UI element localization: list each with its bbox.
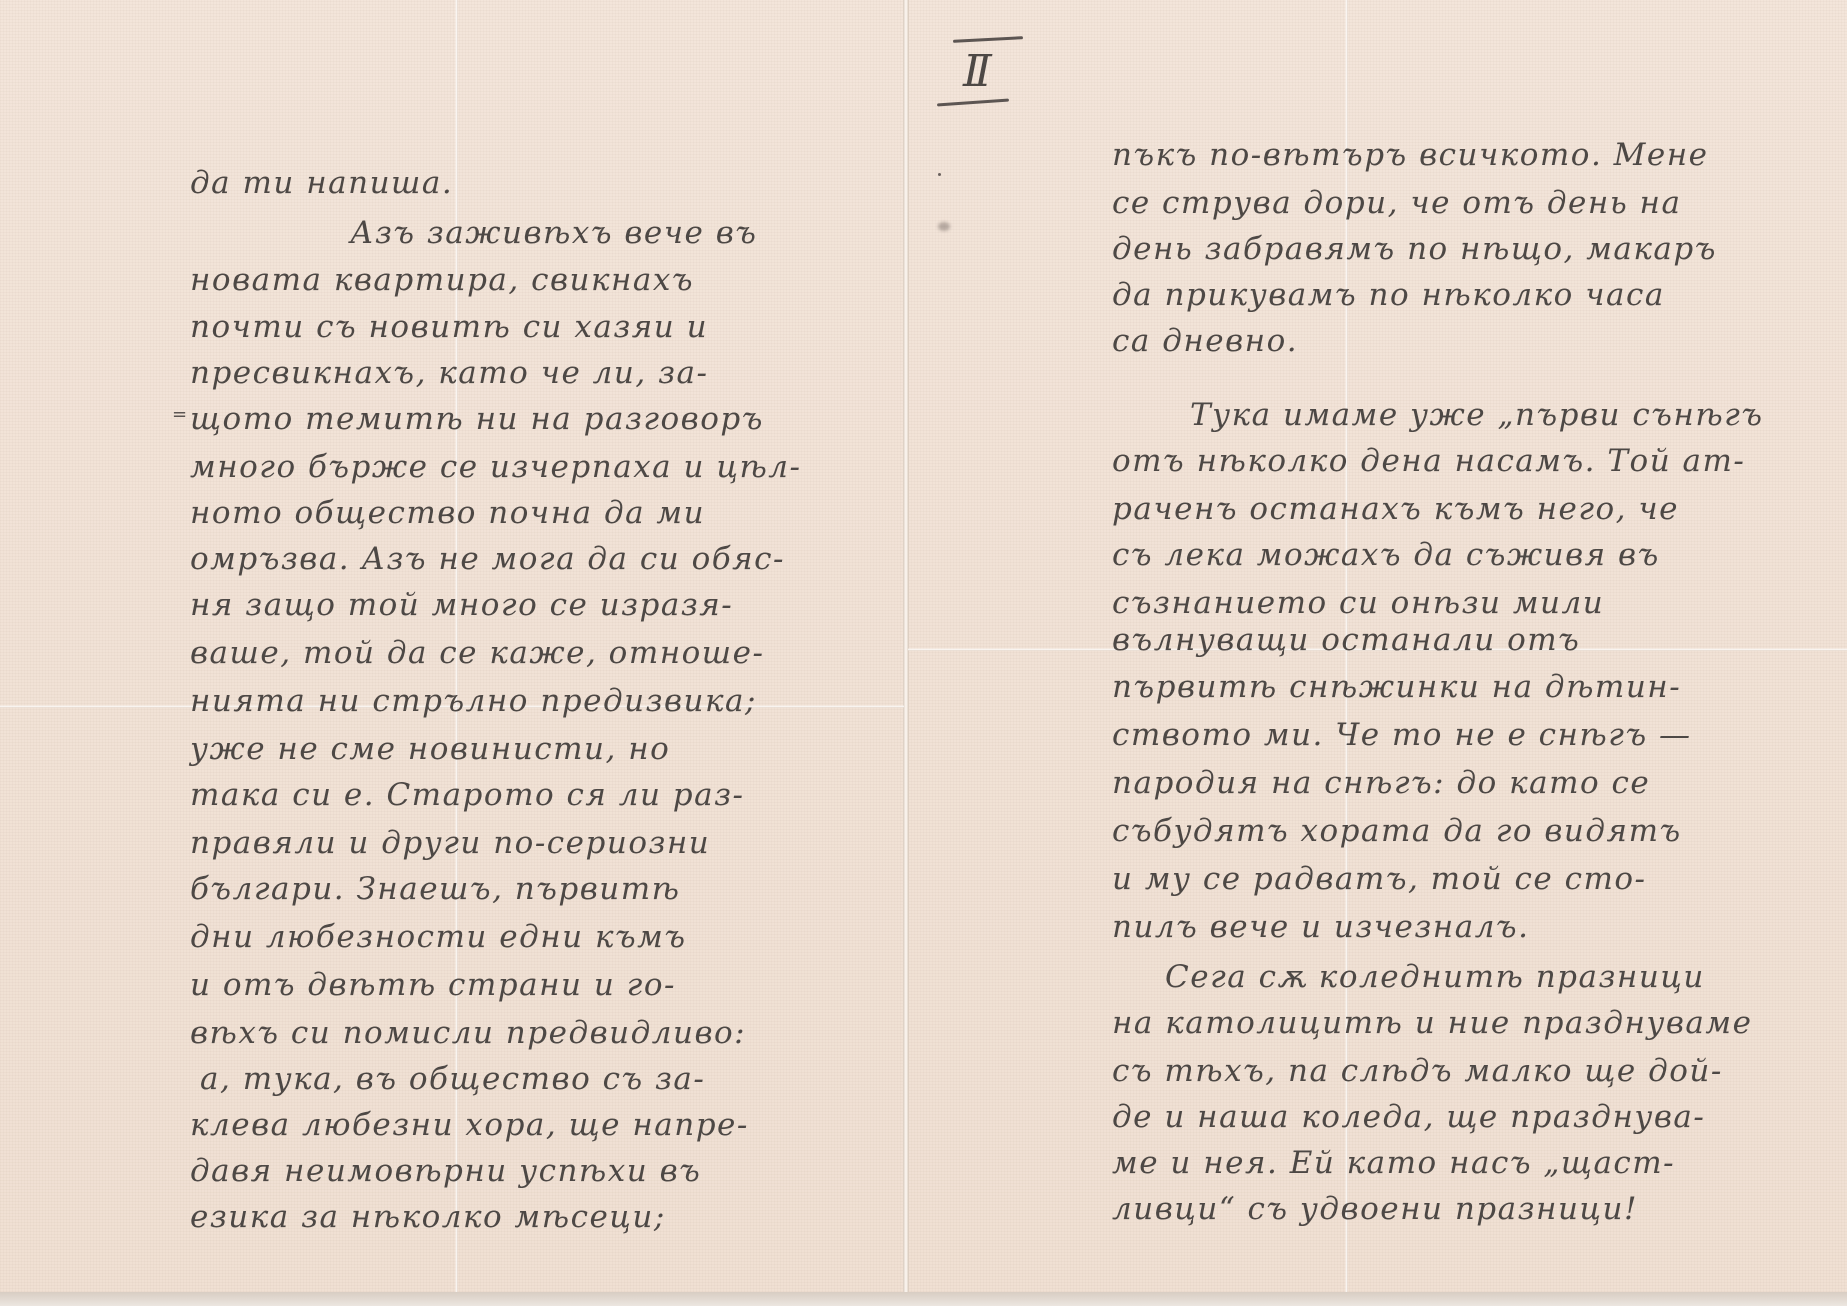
handwritten-line: пресвикнахъ, като че ли, за- xyxy=(190,358,708,389)
page-number-overline xyxy=(953,36,1023,43)
ink-dot xyxy=(938,173,941,176)
handwritten-line: клева любезни хора, ще напре- xyxy=(190,1110,749,1141)
handwritten-line: българи. Знаешъ, първитѣ xyxy=(190,874,681,905)
handwritten-line: на католицитѣ и ние празднуваме xyxy=(1112,1008,1752,1039)
handwritten-line: се струва дори, че отъ день на xyxy=(1112,188,1681,219)
handwritten-line: съ тѣхъ, па слѣдъ малко ще дой- xyxy=(1112,1056,1723,1087)
handwritten-line: пъкъ по-вѣтъръ всичкото. Мене xyxy=(1112,140,1709,171)
handwritten-line: дни любезности едни къмъ xyxy=(190,922,687,953)
handwritten-line: раченъ останахъ къмъ него, че xyxy=(1112,494,1679,525)
page-number-text: II xyxy=(963,46,986,97)
handwritten-line: ството ми. Че то не е снѣгъ — xyxy=(1112,720,1691,751)
handwritten-line: а, тука, въ общество съ за- xyxy=(200,1064,705,1095)
sheet-gutter xyxy=(903,0,909,1306)
ink-smudge xyxy=(938,222,950,231)
handwritten-line: съзнанието си онѣзи мили xyxy=(1112,588,1604,619)
handwritten-line: ното общество почна да ми xyxy=(190,498,705,529)
handwritten-line: така си е. Старото ся ли раз- xyxy=(190,780,745,811)
handwritten-line: езика за нѣколко мѣсеци; xyxy=(190,1202,666,1233)
handwritten-line: да ти напиша. xyxy=(190,168,453,199)
handwritten-line: много бърже се изчерпаха и цѣл- xyxy=(190,452,802,483)
handwritten-line: давя неимовѣрни успѣхи въ xyxy=(190,1156,701,1187)
handwritten-line: да прикувамъ по нѣколко часа xyxy=(1112,280,1665,311)
handwritten-line: ме и нея. Ей като насъ „щаст- xyxy=(1112,1148,1675,1179)
handwritten-line: омръзва. Азъ не мога да си обяс- xyxy=(190,544,785,575)
handwritten-line: почти съ новитѣ си хазяи и xyxy=(190,312,708,343)
handwritten-line: вълнуващи останали отъ xyxy=(1112,625,1580,656)
handwritten-line: са дневно. xyxy=(1112,326,1298,357)
handwritten-line: съ лека можахъ да съживя въ xyxy=(1112,540,1660,571)
handwritten-line: ня защо той много се изразя- xyxy=(190,590,733,621)
handwritten-line: уже не сме новинисти, но xyxy=(190,734,670,765)
handwritten-line: вѣхъ си помисли предвидливо: xyxy=(190,1018,746,1049)
page-number-marker: II xyxy=(935,28,1045,108)
handwritten-line: правяли и други по-сериозни xyxy=(190,828,710,859)
handwritten-line: день забравямъ по нѣщо, макаръ xyxy=(1112,234,1717,265)
handwritten-line: Сега сѫ коледнитѣ празници xyxy=(1165,962,1705,993)
handwritten-line: пилъ вече и изчезналъ. xyxy=(1112,912,1529,943)
page-number-underline xyxy=(937,98,1009,106)
handwritten-line: и му се радватъ, той се сто- xyxy=(1112,864,1647,895)
margin-mark: = xyxy=(172,404,187,425)
handwritten-line: нията ни стрълно предизвика; xyxy=(190,686,757,717)
handwritten-line: ваше, той да се каже, отноше- xyxy=(190,638,764,669)
handwritten-line: новата квартира, свикнахъ xyxy=(190,265,694,296)
handwritten-line: де и наша коледа, ще празднува- xyxy=(1112,1102,1705,1133)
handwritten-line: ливци“ съ удвоени празници! xyxy=(1112,1194,1638,1225)
handwritten-line: отъ нѣколко дена насамъ. Той ат- xyxy=(1112,446,1745,477)
handwritten-line: Тука имаме уже „първи сънѣгъ xyxy=(1190,400,1764,431)
handwritten-line: Азъ заживѣхъ вече въ xyxy=(350,218,757,249)
scan-bottom-edge xyxy=(0,1292,1847,1306)
handwritten-line: и отъ двѣтѣ страни и го- xyxy=(190,970,676,1001)
handwritten-line: щото темитѣ ни на разговоръ xyxy=(190,404,764,435)
handwritten-line: пародия на снѣгъ: до като се xyxy=(1112,768,1650,799)
handwritten-line: събудятъ хората да го видятъ xyxy=(1112,816,1682,847)
handwritten-line: първитѣ снѣжинки на дѣтин- xyxy=(1112,672,1681,703)
